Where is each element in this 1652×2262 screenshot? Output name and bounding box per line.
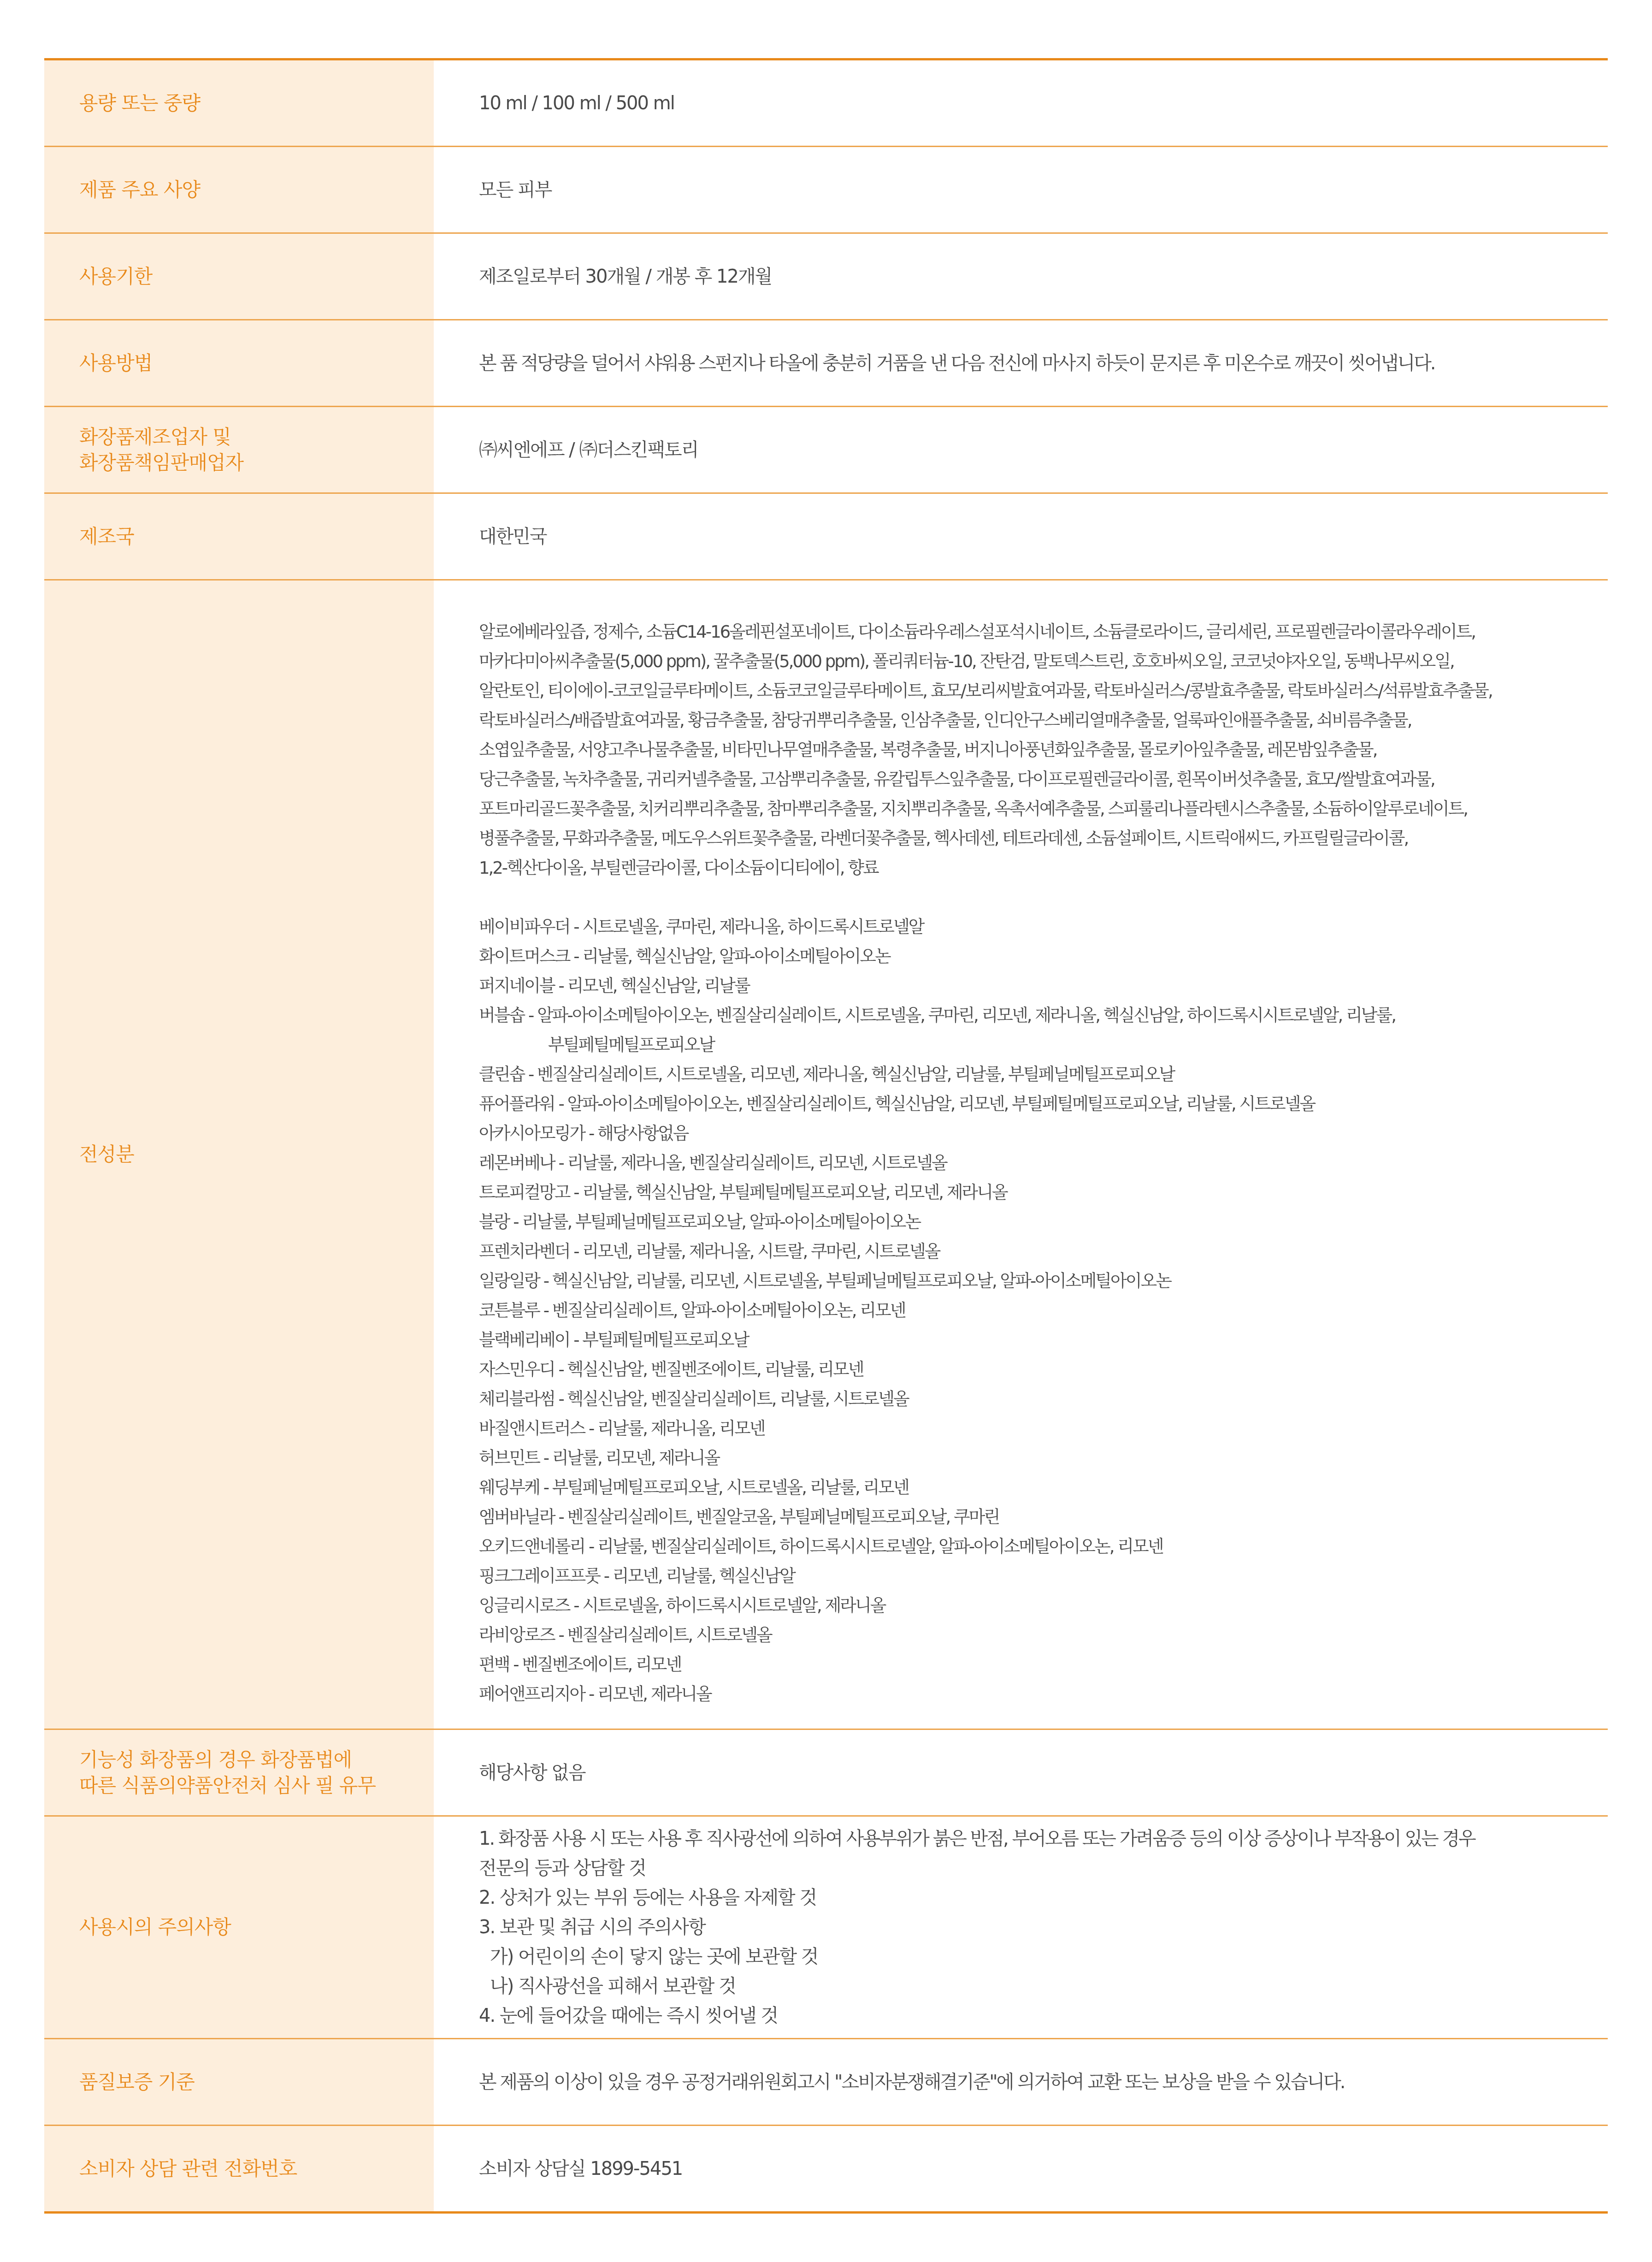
allergen-list: 리모넨, 제라니올 xyxy=(597,1684,711,1704)
row-value: 10 ml / 100 ml / 500 ml xyxy=(434,60,1608,146)
scent-allergen-line: 아카시아모링가 - 해당사항없음 xyxy=(479,1119,1492,1149)
scent-allergen-line: 퓨어플라워 - 알파-아이소메틸아이오논, 벤질살리실레이트, 헥실신남알, 리… xyxy=(479,1090,1492,1119)
scent-name: 허브민트 xyxy=(479,1448,539,1468)
separator: - xyxy=(539,1478,552,1498)
label-text: 화장품제조업자 및 xyxy=(79,424,243,450)
allergen-list: 부틸페틸메틸프로피오날 xyxy=(582,1330,748,1350)
row-label: 화장품제조업자 및 화장품책임판매업자 xyxy=(44,407,434,492)
row-functional-review: 기능성 화장품의 경우 화장품법에 따른 식품의약품안전처 심사 필 유무 해당… xyxy=(44,1730,1608,1817)
label-text: 전성분 xyxy=(79,1142,134,1167)
scent-name: 화이트머스크 xyxy=(479,947,569,966)
allergen-list: 리날룰, 리모넨, 제라니올 xyxy=(552,1448,719,1468)
separator: - xyxy=(555,1153,567,1173)
row-value: 1. 화장품 사용 시 또는 사용 후 직사광선에 의하여 사용부위가 붉은 반… xyxy=(434,1817,1608,2038)
allergen-list-continuation: 부틸페틸메틸프로피오날 xyxy=(479,1030,1492,1060)
scent-allergen-line: 레몬버베나 - 리날룰, 제라니올, 벤질살리실레이트, 리모넨, 시트로넬올 xyxy=(479,1149,1492,1178)
row-value: 소비자 상담실 1899-5451 xyxy=(434,2126,1608,2211)
separator: - xyxy=(555,1094,567,1114)
allergen-list: 리날룰, 제라니올, 벤질살리실레이트, 리모넨, 시트로넬올 xyxy=(567,1153,947,1173)
separator: - xyxy=(584,1124,597,1143)
row-expiry: 사용기한 제조일로부터 30개월 / 개봉 후 12개월 xyxy=(44,234,1608,320)
allergen-list: 리모넨, 리날룰, 제라니올, 시트랄, 쿠마린, 시트로넬올 xyxy=(582,1242,939,1261)
separator: - xyxy=(569,1242,582,1261)
spacer xyxy=(479,883,1492,912)
ingredient-line: 포트마리골드꽃추출물, 치커리뿌리추출물, 참마뿌리추출물, 지치뿌리추출물, … xyxy=(479,794,1492,824)
row-label: 사용시의 주의사항 xyxy=(44,1817,434,2038)
ingredients-list: 알로에베라잎즙, 정제수, 소듐C14-16올레핀설포네이트, 다이소듐라우레스… xyxy=(479,617,1492,1709)
scent-allergen-line: 웨딩부케 - 부틸페닐메틸프로피오날, 시트로넬올, 리날룰, 리모넨 xyxy=(479,1473,1492,1503)
scent-allergen-line: 코튼블루 - 벤질살리실레이트, 알파-아이소메틸아이오논, 리모넨 xyxy=(479,1296,1492,1326)
row-label: 기능성 화장품의 경우 화장품법에 따른 식품의약품안전처 심사 필 유무 xyxy=(44,1730,434,1815)
allergen-list: 알파-아이소메틸아이오논, 벤질살리실레이트, 시트로넬올, 쿠마린, 리모넨,… xyxy=(537,1006,1395,1025)
row-manufacturer: 화장품제조업자 및 화장품책임판매업자 ㈜씨엔에프 / ㈜더스킨팩토리 xyxy=(44,407,1608,494)
separator: - xyxy=(555,1625,567,1645)
separator: - xyxy=(569,1596,582,1616)
scent-allergen-line: 핑크그레이프프룻 - 리모넨, 리날룰, 헥실신남알 xyxy=(479,1562,1492,1591)
ingredient-line: 마카다미아씨추출물(5,000 ppm), 꿀추출물(5,000 ppm), 폴… xyxy=(479,647,1492,676)
scent-name: 라비앙로즈 xyxy=(479,1625,555,1645)
row-value: 대한민국 xyxy=(434,494,1608,579)
separator: - xyxy=(584,1537,597,1557)
allergen-list: 벤질살리실레이트, 시트로넬올 xyxy=(567,1625,772,1645)
value-text: 10 ml / 100 ml / 500 ml xyxy=(479,90,674,116)
allergen-list: 헥실신남알, 리날룰, 리모넨, 시트로넬올, 부틸페닐메틸프로피오날, 알파-… xyxy=(552,1271,1171,1291)
allergen-list: 시트로넬올, 쿠마린, 제라니올, 하이드록시트로넬알 xyxy=(582,917,923,937)
allergen-list: 리날룰, 제라니올, 리모넨 xyxy=(597,1419,764,1439)
row-volume: 용량 또는 중량 10 ml / 100 ml / 500 ml xyxy=(44,60,1608,147)
scent-allergen-line: 엠버바닐라 - 벤질살리실레이트, 벤질알코올, 부틸페닐메틸프로피오날, 쿠마… xyxy=(479,1503,1492,1532)
scent-allergen-line: 클린솝 - 벤질살리실레이트, 시트로넬올, 리모넨, 제라니올, 헥실신남알,… xyxy=(479,1060,1492,1090)
row-value: ㈜씨엔에프 / ㈜더스킨팩토리 xyxy=(434,407,1608,492)
separator: - xyxy=(600,1566,613,1586)
value-text: 본 품 적당량을 덜어서 샤워용 스펀지나 타올에 충분히 거품을 낸 다음 전… xyxy=(479,350,1435,376)
separator: - xyxy=(569,917,582,937)
caution-item: 4. 눈에 들어갔을 때에는 즉시 씻어낼 것 xyxy=(479,2001,1475,2031)
caution-item: 1. 화장품 사용 시 또는 사용 후 직사광선에 의하여 사용부위가 붉은 반… xyxy=(479,1824,1475,1853)
row-caution: 사용시의 주의사항 1. 화장품 사용 시 또는 사용 후 직사광선에 의하여 … xyxy=(44,1817,1608,2039)
separator: - xyxy=(509,1212,522,1232)
scent-name: 핑크그레이프프룻 xyxy=(479,1566,600,1586)
scent-name: 코튼블루 xyxy=(479,1301,539,1320)
scent-allergen-line: 블랙베리베이 - 부틸페틸메틸프로피오날 xyxy=(479,1326,1492,1355)
label-text: 사용시의 주의사항 xyxy=(79,1914,231,1940)
row-label: 제조국 xyxy=(44,494,434,579)
value-text: 해당사항 없음 xyxy=(479,1760,585,1786)
separator: - xyxy=(539,1271,552,1291)
scent-name: 편백 xyxy=(479,1655,509,1675)
label-text: 용량 또는 중량 xyxy=(79,90,200,116)
allergen-list: 벤질살리실레이트, 알파-아이소메틸아이오논, 리모넨 xyxy=(552,1301,905,1320)
allergen-list: 시트로넬올, 하이드록시시트로넬알, 제라니올 xyxy=(582,1596,885,1616)
allergen-list: 벤질벤조에이트, 리모넨 xyxy=(522,1655,681,1675)
row-usage: 사용방법 본 품 적당량을 덜어서 샤워용 스펀지나 타올에 충분히 거품을 낸… xyxy=(44,320,1608,407)
separator: - xyxy=(524,1065,537,1084)
ingredient-line: 알로에베라잎즙, 정제수, 소듐C14-16올레핀설포네이트, 다이소듐라우레스… xyxy=(479,617,1492,647)
row-contact: 소비자 상담 관련 전화번호 소비자 상담실 1899-5451 xyxy=(44,2126,1608,2211)
label-text: 사용기한 xyxy=(79,264,152,290)
scent-name: 블랑 xyxy=(479,1212,509,1232)
scent-name: 오키드앤네롤리 xyxy=(479,1537,584,1557)
row-quality: 품질보증 기준 본 제품의 이상이 있을 경우 공정거래위원회고시 "소비자분쟁… xyxy=(44,2039,1608,2126)
allergen-list: 헥실신남알, 벤질벤조에이트, 리날룰, 리모넨 xyxy=(567,1360,863,1380)
label-text: 제조국 xyxy=(79,524,134,550)
separator: - xyxy=(569,1330,582,1350)
row-label: 전성분 xyxy=(44,580,434,1729)
allergen-list: 벤질살리실레이트, 시트로넬올, 리모넨, 제라니올, 헥실신남알, 리날룰, … xyxy=(537,1065,1174,1084)
scent-allergen-line: 허브민트 - 리날룰, 리모넨, 제라니올 xyxy=(479,1444,1492,1473)
row-value: 모든 피부 xyxy=(434,147,1608,232)
caution-subitem: 가) 어린이의 손이 닿지 않는 곳에 보관할 것 xyxy=(479,1942,1475,1972)
scent-allergen-line: 바질앤시트러스 - 리날룰, 제라니올, 리모넨 xyxy=(479,1414,1492,1444)
scent-allergen-line: 라비앙로즈 - 벤질살리실레이트, 시트로넬올 xyxy=(479,1621,1492,1650)
row-label: 사용기한 xyxy=(44,234,434,319)
ingredient-line: 소엽잎추출물, 서양고추나물추출물, 비타민나무열매추출물, 복령추출물, 버지… xyxy=(479,735,1492,765)
scent-name: 트로피컬망고 xyxy=(479,1183,569,1202)
row-spec: 제품 주요 사양 모든 피부 xyxy=(44,147,1608,234)
allergen-list: 리날룰, 헥실신남알, 부틸페틸메틸프로피오날, 리모넨, 제라니올 xyxy=(582,1183,1007,1202)
value-text: 모든 피부 xyxy=(479,177,551,203)
row-value: 본 품 적당량을 덜어서 샤워용 스펀지나 타올에 충분히 거품을 낸 다음 전… xyxy=(434,320,1608,406)
value-text: 대한민국 xyxy=(479,524,547,550)
separator: - xyxy=(584,1419,597,1439)
scent-name: 레몬버베나 xyxy=(479,1153,555,1173)
caution-list: 1. 화장품 사용 시 또는 사용 후 직사광선에 의하여 사용부위가 붉은 반… xyxy=(479,1824,1475,2031)
allergen-list: 리모넨, 리날룰, 헥실신남알 xyxy=(613,1566,795,1586)
row-label: 사용방법 xyxy=(44,320,434,406)
value-text: 소비자 상담실 1899-5451 xyxy=(479,2156,682,2182)
scent-allergen-line: 버블솝 - 알파-아이소메틸아이오논, 벤질살리실레이트, 시트로넬올, 쿠마린… xyxy=(479,1001,1492,1030)
scent-allergen-line: 체리블라썸 - 헥실신남알, 벤질살리실레이트, 리날룰, 시트로넬올 xyxy=(479,1385,1492,1414)
label-text: 화장품책임판매업자 xyxy=(79,450,243,476)
ingredient-line: 1,2-헥산다이올, 부틸렌글라이콜, 다이소듐이디티에이, 향료 xyxy=(479,853,1492,883)
caution-item: 2. 상처가 있는 부위 등에는 사용을 자제할 것 xyxy=(479,1883,1475,1913)
row-label: 소비자 상담 관련 전화번호 xyxy=(44,2126,434,2211)
scent-allergen-line: 퍼지네이블 - 리모넨, 헥실신남알, 리날룰 xyxy=(479,971,1492,1001)
ingredient-line: 당근추출물, 녹차추출물, 귀리커넬추출물, 고삼뿌리추출물, 유칼립투스잎추출… xyxy=(479,765,1492,794)
scent-allergen-line: 오키드앤네롤리 - 리날룰, 벤질살리실레이트, 하이드록시시트로넬알, 알파-… xyxy=(479,1532,1492,1562)
value-text: ㈜씨엔에프 / ㈜더스킨팩토리 xyxy=(479,437,698,463)
scent-name: 페어앤프리지아 xyxy=(479,1684,584,1704)
caution-subitem: 나) 직사광선을 피해서 보관할 것 xyxy=(479,1972,1475,2001)
row-ingredients: 전성분 알로에베라잎즙, 정제수, 소듐C14-16올레핀설포네이트, 다이소듐… xyxy=(44,580,1608,1730)
row-label: 품질보증 기준 xyxy=(44,2039,434,2125)
value-text: 제조일로부터 30개월 / 개봉 후 12개월 xyxy=(479,264,772,290)
scent-allergen-line: 일랑일랑 - 헥실신남알, 리날룰, 리모넨, 시트로넬올, 부틸페닐메틸프로피… xyxy=(479,1267,1492,1296)
scent-name: 퓨어플라워 xyxy=(479,1094,555,1114)
scent-name: 블랙베리베이 xyxy=(479,1330,569,1350)
label-text: 제품 주요 사양 xyxy=(79,177,200,203)
scent-allergen-line: 편백 - 벤질벤조에이트, 리모넨 xyxy=(479,1650,1492,1680)
separator: - xyxy=(555,1360,567,1380)
scent-allergen-line: 자스민우디 - 헥실신남알, 벤질벤조에이트, 리날룰, 리모넨 xyxy=(479,1355,1492,1385)
scent-allergen-line: 화이트머스크 - 리날룰, 헥실신남알, 알파-아이소메틸아이오논 xyxy=(479,942,1492,971)
row-label: 용량 또는 중량 xyxy=(44,60,434,146)
label-text: 품질보증 기준 xyxy=(79,2069,195,2095)
row-value: 해당사항 없음 xyxy=(434,1730,1608,1815)
caution-item: 3. 보관 및 취급 시의 주의사항 xyxy=(479,1913,1475,1942)
scent-allergen-line: 프렌치라벤더 - 리모넨, 리날룰, 제라니올, 시트랄, 쿠마린, 시트로넬올 xyxy=(479,1237,1492,1267)
allergen-list: 리날룰, 벤질살리실레이트, 하이드록시시트로넬알, 알파-아이소메틸아이오논,… xyxy=(597,1537,1162,1557)
allergen-list: 알파-아이소메틸아이오논, 벤질살리실레이트, 헥실신남알, 리모넨, 부틸페틸… xyxy=(567,1094,1315,1114)
scent-name: 바질앤시트러스 xyxy=(479,1419,584,1439)
product-info-table: 용량 또는 중량 10 ml / 100 ml / 500 ml 제품 주요 사… xyxy=(44,58,1608,2214)
separator: - xyxy=(509,1655,522,1675)
separator: - xyxy=(528,1006,537,1025)
separator: - xyxy=(569,1183,582,1202)
separator: - xyxy=(555,1507,567,1527)
ingredient-line: 알란토인, 티이에이-코코일글루타메이트, 소듐코코일글루타메이트, 효모/보리… xyxy=(479,676,1492,706)
scent-name: 버블솝 xyxy=(479,1006,528,1025)
allergen-list: 부틸페닐메틸프로피오날, 시트로넬올, 리날룰, 리모넨 xyxy=(552,1478,909,1498)
scent-name: 프렌치라벤더 xyxy=(479,1242,569,1261)
scent-allergen-line: 잉글리시로즈 - 시트로넬올, 하이드록시시트로넬알, 제라니올 xyxy=(479,1591,1492,1621)
scent-allergen-line: 트로피컬망고 - 리날룰, 헥실신남알, 부틸페틸메틸프로피오날, 리모넨, 제… xyxy=(479,1178,1492,1208)
scent-allergen-line: 페어앤프리지아 - 리모넨, 제라니올 xyxy=(479,1680,1492,1709)
separator: - xyxy=(584,1684,597,1704)
allergen-list: 헥실신남알, 벤질살리실레이트, 리날룰, 시트로넬올 xyxy=(567,1389,909,1409)
scent-name: 아카시아모링가 xyxy=(479,1124,584,1143)
scent-name: 일랑일랑 xyxy=(479,1271,539,1291)
label-text: 기능성 화장품의 경우 화장품법에 xyxy=(79,1747,376,1773)
allergen-list: 벤질살리실레이트, 벤질알코올, 부틸페닐메틸프로피오날, 쿠마린 xyxy=(567,1507,999,1527)
scent-name: 웨딩부케 xyxy=(479,1478,539,1498)
allergen-list: 리모넨, 헥실신남알, 리날룰 xyxy=(567,976,749,996)
row-value: 제조일로부터 30개월 / 개봉 후 12개월 xyxy=(434,234,1608,319)
label-text: 사용방법 xyxy=(79,350,152,376)
scent-name: 자스민우디 xyxy=(479,1360,555,1380)
scent-name: 잉글리시로즈 xyxy=(479,1596,569,1616)
label-text: 따른 식품의약품안전처 심사 필 유무 xyxy=(79,1773,376,1799)
separator: - xyxy=(555,1389,567,1409)
row-value: 알로에베라잎즙, 정제수, 소듐C14-16올레핀설포네이트, 다이소듐라우레스… xyxy=(434,580,1608,1729)
value-text: 본 제품의 이상이 있을 경우 공정거래위원회고시 "소비자분쟁해결기준"에 의… xyxy=(479,2069,1345,2095)
scent-name: 엠버바닐라 xyxy=(479,1507,555,1527)
scent-name: 베이비파우더 xyxy=(479,917,569,937)
allergen-list: 리날룰, 헥실신남알, 알파-아이소메틸아이오논 xyxy=(582,947,890,966)
row-value: 본 제품의 이상이 있을 경우 공정거래위원회고시 "소비자분쟁해결기준"에 의… xyxy=(434,2039,1608,2125)
row-country: 제조국 대한민국 xyxy=(44,494,1608,580)
label-text: 소비자 상담 관련 전화번호 xyxy=(79,2156,297,2182)
scent-name: 퍼지네이블 xyxy=(479,976,555,996)
scent-name: 체리블라썸 xyxy=(479,1389,555,1409)
scent-allergen-line: 블랑 - 리날룰, 부틸페닐메틸프로피오날, 알파-아이소메틸아이오논 xyxy=(479,1208,1492,1237)
scent-allergen-line: 베이비파우더 - 시트로넬올, 쿠마린, 제라니올, 하이드록시트로넬알 xyxy=(479,912,1492,942)
separator: - xyxy=(539,1448,552,1468)
allergen-list: 리날룰, 부틸페닐메틸프로피오날, 알파-아이소메틸아이오논 xyxy=(522,1212,920,1232)
allergen-list: 해당사항없음 xyxy=(597,1124,688,1143)
scent-name: 클린솝 xyxy=(479,1065,524,1084)
ingredient-line: 병풀추출물, 무화과추출물, 메도우스위트꽃추출물, 라벤더꽃추출물, 헥사데센… xyxy=(479,824,1492,853)
separator: - xyxy=(555,976,567,996)
caution-item: 전문의 등과 상담할 것 xyxy=(479,1853,1475,1883)
separator: - xyxy=(539,1301,552,1320)
ingredient-line: 락토바실러스/배즙발효여과물, 황금추출물, 참당귀뿌리추출물, 인삼추출물, … xyxy=(479,706,1492,735)
separator: - xyxy=(569,947,582,966)
row-label: 제품 주요 사양 xyxy=(44,147,434,232)
